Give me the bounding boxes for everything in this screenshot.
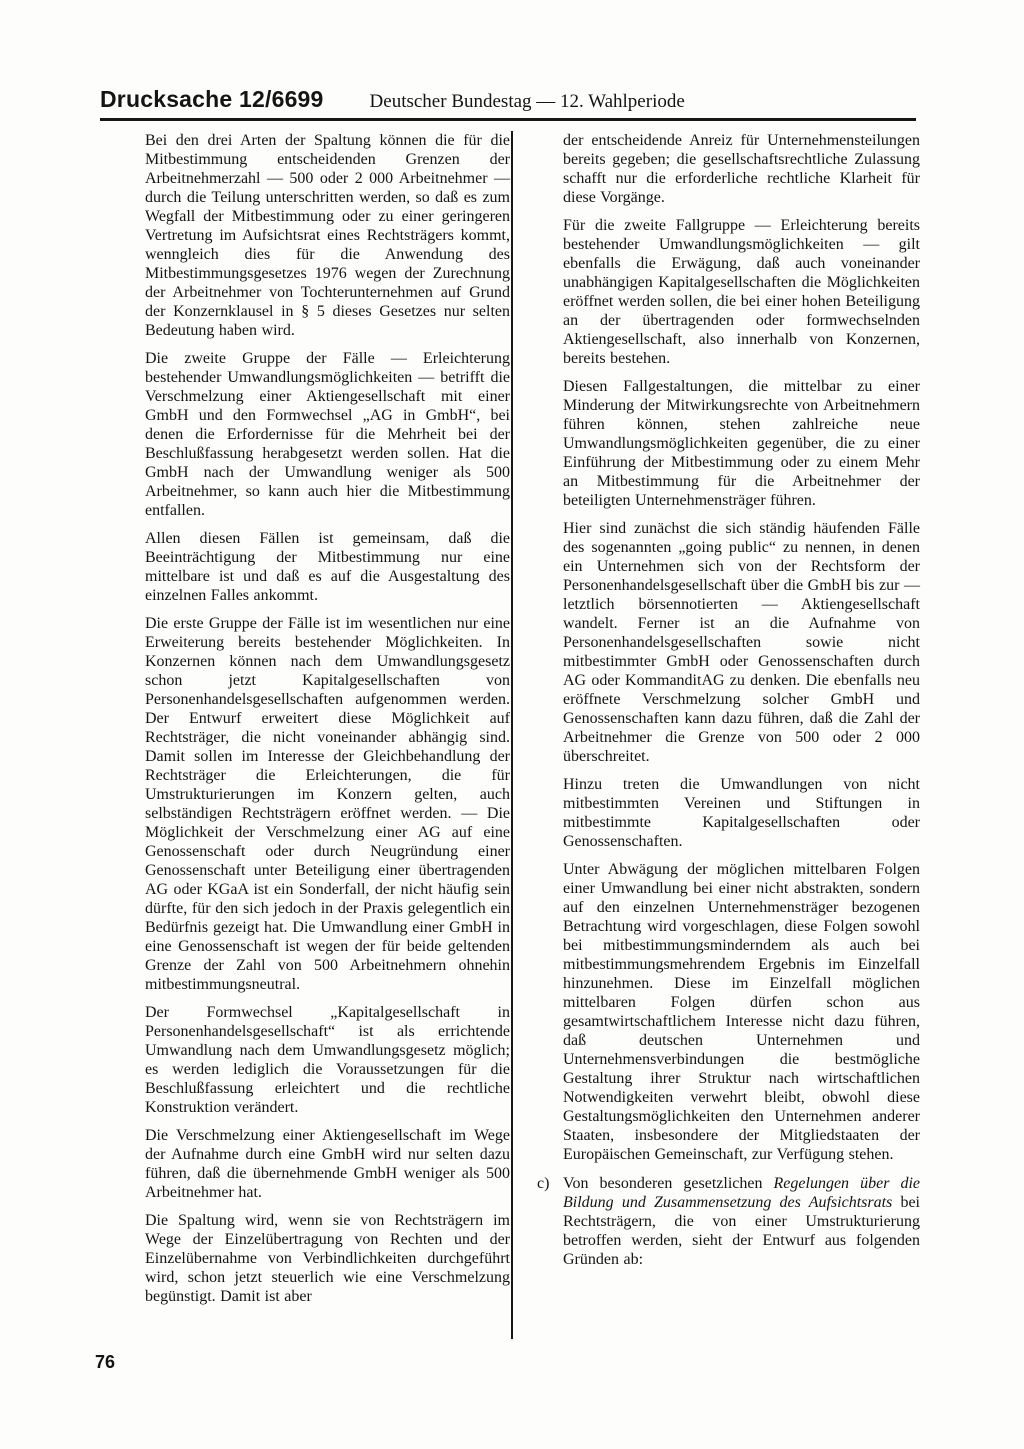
paragraph-right-4: Hier sind zunächst die sich ständig häuf…: [563, 519, 920, 766]
paragraph-left-1: Bei den drei Arten der Spaltung können d…: [145, 131, 510, 340]
document-title: Deutscher Bundestag — 12. Wahlperiode: [370, 91, 685, 113]
paragraph-left-6: Die Verschmelzung einer Aktiengesellscha…: [145, 1126, 510, 1202]
list-item-c-text: Von besonderen gesetzlichen Regelungen ü…: [563, 1174, 920, 1269]
left-column: Bei den drei Arten der Spaltung können d…: [145, 131, 510, 1315]
paragraph-right-6: Unter Abwägung der möglichen mittelbaren…: [563, 860, 920, 1164]
right-column: der entscheidende Anreiz für Unternehmen…: [563, 131, 920, 1269]
column-divider: [511, 131, 513, 1339]
paragraph-right-2: Für die zweite Fallgruppe — Erleichterun…: [563, 216, 920, 368]
paragraph-left-2: Die zweite Gruppe der Fälle — Erleichter…: [145, 349, 510, 520]
document-number: Drucksache 12/6699: [100, 86, 324, 113]
list-item-c-marker: c): [537, 1174, 563, 1269]
page-number: 76: [95, 1352, 115, 1373]
paragraph-left-5: Der Formwechsel „Kapitalgesellschaft in …: [145, 1003, 510, 1117]
paragraph-right-1: der entscheidende Anreiz für Unternehmen…: [563, 131, 920, 207]
header-rule: [100, 118, 916, 121]
paragraph-left-4: Die erste Gruppe der Fälle ist im wesent…: [145, 614, 510, 994]
paragraph-right-5: Hinzu treten die Umwandlungen von nicht …: [563, 775, 920, 851]
paragraph-right-3: Diesen Fallgestaltungen, die mittelbar z…: [563, 377, 920, 510]
list-item-c-text-before: Von besonderen gesetzlichen: [563, 1175, 774, 1192]
paragraph-left-7: Die Spaltung wird, wenn sie von Rechtstr…: [145, 1211, 510, 1306]
document-page: Drucksache 12/6699 Deutscher Bundestag —…: [0, 0, 1024, 1449]
document-header: Drucksache 12/6699 Deutscher Bundestag —…: [100, 86, 916, 113]
list-item-c: c) Von besonderen gesetzlichen Regelunge…: [563, 1174, 920, 1269]
paragraph-left-3: Allen diesen Fällen ist gemeinsam, daß d…: [145, 529, 510, 605]
